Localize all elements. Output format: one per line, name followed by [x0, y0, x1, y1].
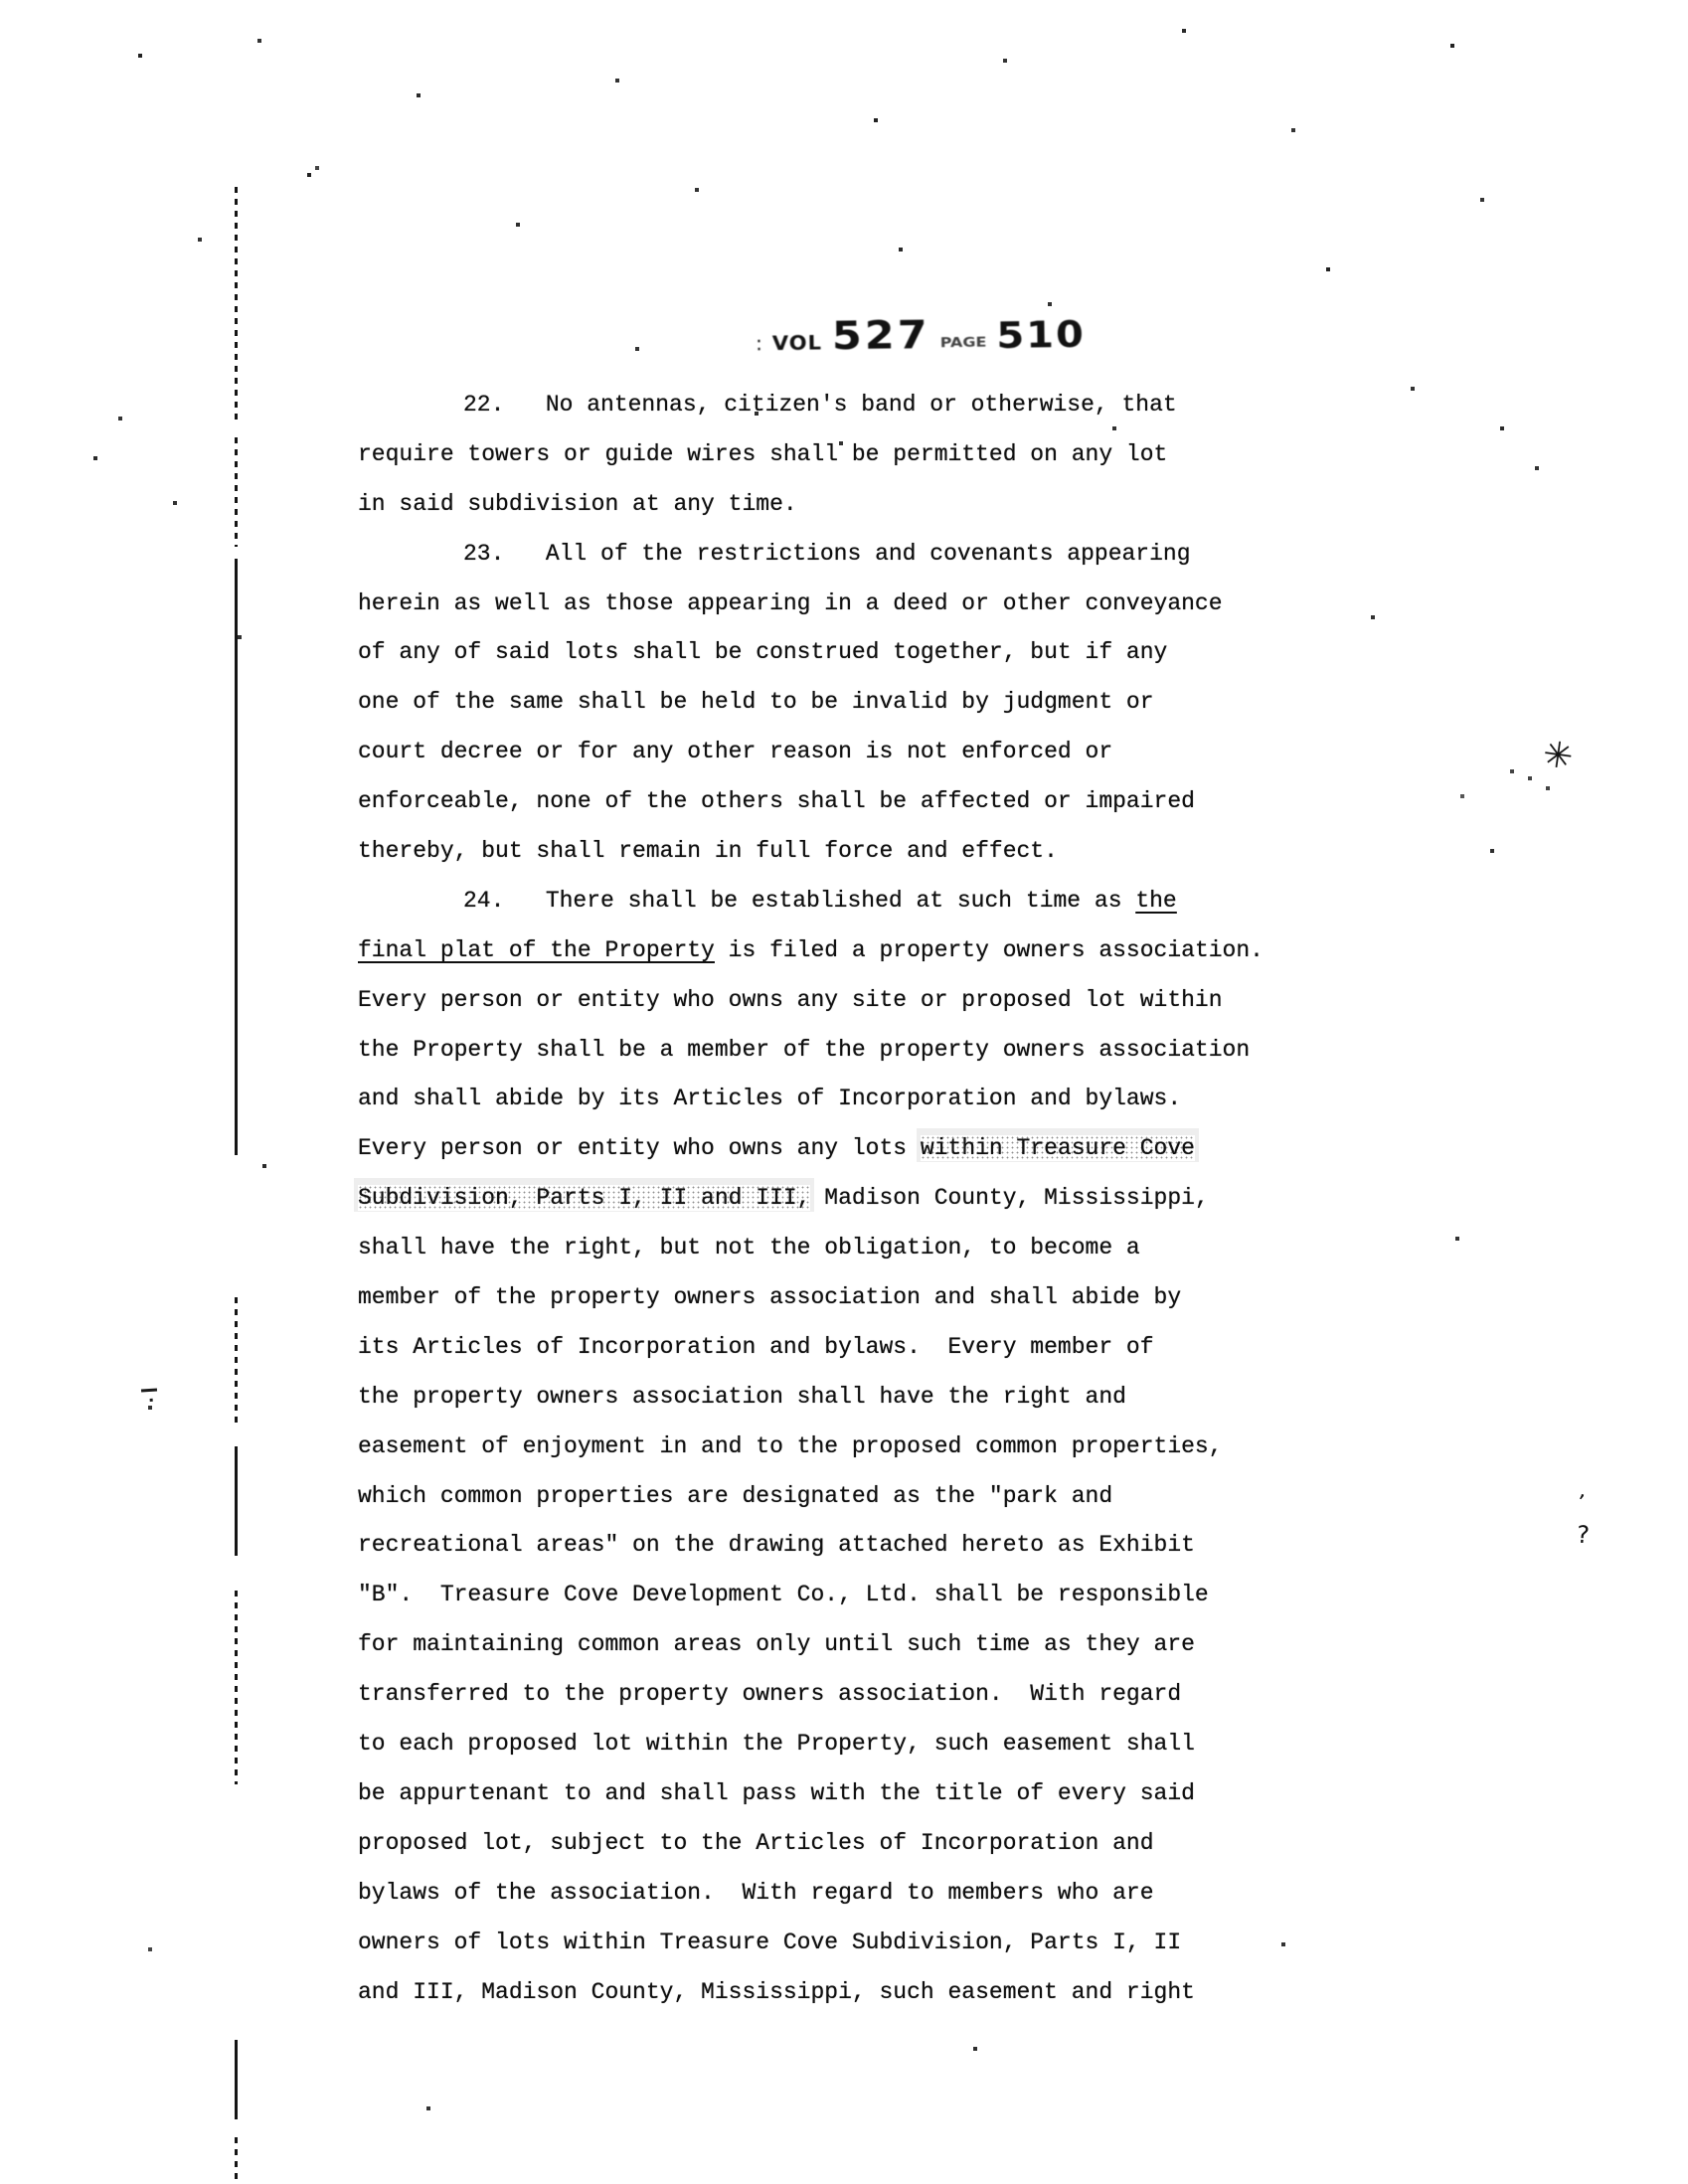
- text-line: transferred to the property owners assoc…: [358, 1670, 1362, 1720]
- margin-scan-line: [235, 1591, 238, 1784]
- text-line: the property owners association shall ha…: [358, 1373, 1362, 1423]
- text-segment: 23. All of the restrictions and covenant…: [463, 541, 1191, 567]
- margin-scan-line: [235, 187, 238, 425]
- text-line: and shall abide by its Articles of Incor…: [358, 1075, 1362, 1124]
- text-line: owners of lots within Treasure Cove Subd…: [358, 1919, 1362, 1968]
- text-line: final plat of the Property is filed a pr…: [358, 926, 1362, 976]
- text-line: member of the property owners associatio…: [358, 1273, 1362, 1323]
- text-segment: the Property shall be a member of the pr…: [358, 1037, 1250, 1063]
- margin-scan-line: [235, 2040, 238, 2119]
- text-line: the Property shall be a member of the pr…: [358, 1026, 1362, 1076]
- text-segment: to each proposed lot within the Property…: [358, 1731, 1195, 1757]
- underlined-text: the: [1135, 888, 1176, 914]
- text-segment: in said subdivision at any time.: [358, 491, 797, 517]
- scanned-document-page: : VOL 527 PAGE 510 22. No antennas, citi…: [0, 0, 1688, 2184]
- scan-noise: [0, 0, 2, 2]
- text-segment: recreational areas" on the drawing attac…: [358, 1532, 1195, 1558]
- text-segment: 22. No antennas, citizen's band or other…: [463, 392, 1177, 418]
- text-segment: for maintaining common areas only until …: [358, 1631, 1195, 1657]
- text-line: require towers or guide wires shall be p…: [358, 430, 1362, 480]
- text-segment: transferred to the property owners assoc…: [358, 1681, 1181, 1707]
- text-line: for maintaining common areas only until …: [358, 1620, 1362, 1670]
- stamp-page-number: 510: [996, 316, 1086, 354]
- text-line: of any of said lots shall be construed t…: [358, 628, 1362, 678]
- handwritten-mark: ?: [1576, 1523, 1590, 1548]
- text-line: thereby, but shall remain in full force …: [358, 827, 1362, 877]
- text-line: "B". Treasure Cove Development Co., Ltd.…: [358, 1571, 1362, 1620]
- text-line: and III, Madison County, Mississippi, su…: [358, 1968, 1362, 2018]
- handwritten-asterisk: ✳: [1540, 734, 1576, 778]
- text-line: enforceable, none of the others shall be…: [358, 777, 1362, 827]
- text-segment: be appurtenant to and shall pass with th…: [358, 1780, 1195, 1806]
- text-segment: herein as well as those appearing in a d…: [358, 590, 1223, 616]
- text-segment: thereby, but shall remain in full force …: [358, 838, 1058, 864]
- text-segment: 24. There shall be established at such t…: [463, 888, 1135, 914]
- text-line: which common properties are designated a…: [358, 1472, 1362, 1522]
- text-line: recreational areas" on the drawing attac…: [358, 1521, 1362, 1571]
- text-segment: enforceable, none of the others shall be…: [358, 788, 1195, 814]
- text-line: herein as well as those appearing in a d…: [358, 580, 1362, 629]
- underlined-text: final plat of the Property: [358, 937, 715, 963]
- text-segment: easement of enjoyment in and to the prop…: [358, 1433, 1223, 1459]
- text-segment: member of the property owners associatio…: [358, 1284, 1181, 1310]
- text-segment: the property owners association shall ha…: [358, 1384, 1126, 1410]
- text-line: one of the same shall be held to be inva…: [358, 678, 1362, 728]
- text-line: Subdivision, Parts I, II and III, Madiso…: [358, 1174, 1362, 1224]
- text-segment: bylaws of the association. With regard t…: [358, 1880, 1154, 1906]
- text-segment: is filed a property owners association.: [715, 937, 1264, 963]
- stamp-vol-label: VOL: [772, 333, 822, 358]
- text-body: 22. No antennas, citizen's band or other…: [358, 381, 1362, 2017]
- text-segment: Every person or entity who owns any lots: [358, 1135, 921, 1161]
- margin-scan-line: [235, 1446, 238, 1556]
- text-line: Every person or entity who owns any site…: [358, 976, 1362, 1026]
- text-line: Every person or entity who owns any lots…: [358, 1124, 1362, 1174]
- text-segment: Every person or entity who owns any site…: [358, 987, 1223, 1013]
- text-segment: which common properties are designated a…: [358, 1483, 1112, 1509]
- text-segment: and III, Madison County, Mississippi, su…: [358, 1979, 1195, 2005]
- text-line: 23. All of the restrictions and covenant…: [358, 530, 1362, 580]
- stamp-vol-number: 527: [832, 316, 930, 357]
- text-line: court decree or for any other reason is …: [358, 728, 1362, 777]
- recorder-stamp: : VOL 527 PAGE 510: [756, 312, 1086, 360]
- text-segment: its Articles of Incorporation and bylaws…: [358, 1334, 1154, 1360]
- stamp-prefix-mark: :: [756, 333, 762, 359]
- text-line: 24. There shall be established at such t…: [358, 877, 1362, 926]
- text-line: in said subdivision at any time.: [358, 480, 1362, 530]
- handwritten-mark: ’: [1575, 1493, 1586, 1516]
- margin-scan-line: [235, 1297, 238, 1427]
- text-segment: and shall abide by its Articles of Incor…: [358, 1086, 1181, 1111]
- text-segment: court decree or for any other reason is …: [358, 739, 1112, 764]
- pencil-mark: [141, 1388, 157, 1392]
- margin-scan-line: [235, 2137, 238, 2184]
- highlighted-text: within Treasure Cove: [921, 1135, 1195, 1161]
- text-line: easement of enjoyment in and to the prop…: [358, 1423, 1362, 1472]
- margin-scan-line: [235, 559, 238, 1155]
- text-line: 22. No antennas, citizen's band or other…: [358, 381, 1362, 430]
- stamp-page-label: PAGE: [940, 336, 987, 355]
- text-segment: shall have the right, but not the obliga…: [358, 1235, 1140, 1260]
- text-line: be appurtenant to and shall pass with th…: [358, 1769, 1362, 1819]
- text-segment: of any of said lots shall be construed t…: [358, 639, 1167, 665]
- text-line: proposed lot, subject to the Articles of…: [358, 1819, 1362, 1869]
- text-segment: Madison County, Mississippi,: [810, 1185, 1208, 1211]
- text-segment: one of the same shall be held to be inva…: [358, 689, 1154, 715]
- text-segment: require towers or guide wires shall be p…: [358, 441, 1167, 467]
- text-line: to each proposed lot within the Property…: [358, 1720, 1362, 1769]
- text-line: its Articles of Incorporation and bylaws…: [358, 1323, 1362, 1373]
- text-segment: proposed lot, subject to the Articles of…: [358, 1830, 1154, 1856]
- highlighted-text: Subdivision, Parts I, II and III,: [358, 1185, 810, 1211]
- text-line: bylaws of the association. With regard t…: [358, 1869, 1362, 1919]
- margin-scan-line: [235, 437, 238, 547]
- text-line: shall have the right, but not the obliga…: [358, 1224, 1362, 1273]
- text-segment: owners of lots within Treasure Cove Subd…: [358, 1930, 1181, 1955]
- text-segment: "B". Treasure Cove Development Co., Ltd.…: [358, 1582, 1209, 1607]
